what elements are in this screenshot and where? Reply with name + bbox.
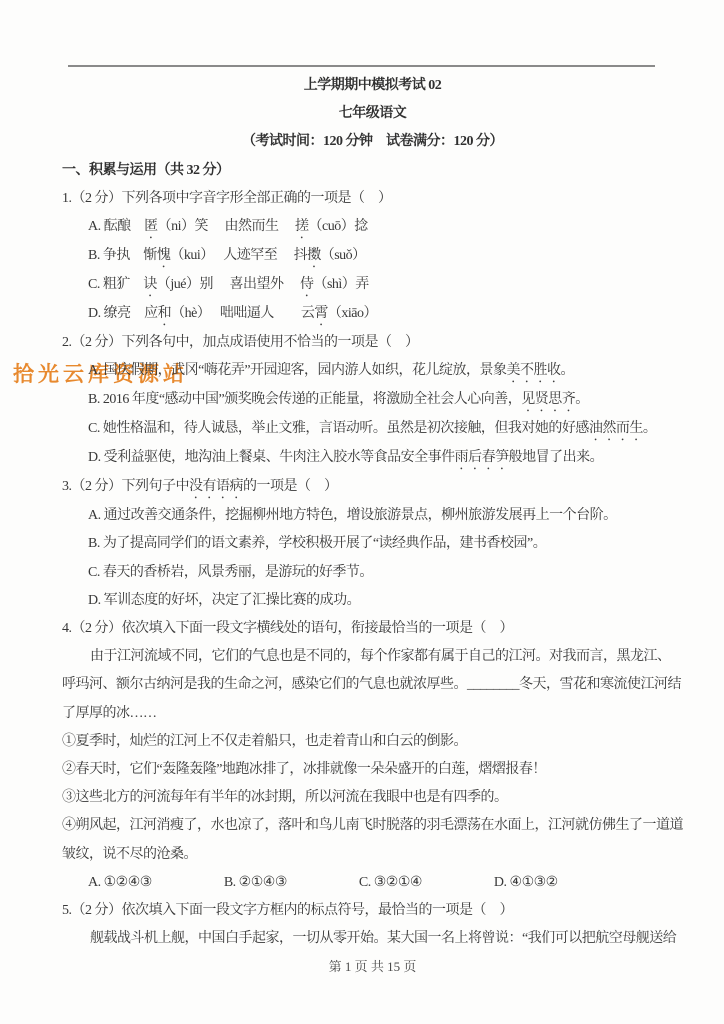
question-4-item-4: ④朔风起，江河消瘦了，水也凉了，落叶和鸟儿南飞时脱落的羽毛漂荡在水面上，江河就仿… — [62, 812, 683, 868]
question-5-stem: 5.（2 分）依次填入下面一段文字方框内的标点符号，最恰当的一项是（ ） — [62, 897, 683, 925]
question-4-stem: 4.（2 分）依次填入下面一段文字横线处的语句，衔接最恰当的一项是（ ） — [62, 615, 683, 643]
question-2-option-c: C. 她性格温和，待人诚恳，举止文雅，言语动听。虽然是初次接触，但我对她的好感油… — [62, 415, 683, 444]
question-3-option-b: B. 为了提高同学们的语文素养，学校积极开展了“读经典作品，建书香校园”。 — [62, 530, 683, 558]
question-1-stem: 1.（2 分）下列各项中字音字形全部正确的一项是（ ） — [62, 185, 683, 213]
exam-meta: （考试时间：120 分钟 试卷满分：120 分） — [62, 128, 683, 156]
question-4-answer-d: D. ④①③② — [494, 869, 558, 897]
question-1-option-d: D. 缭亮 应和（hè） 咄咄逼人 云霄（xiāo） — [62, 300, 683, 329]
question-3-option-a: A. 通过改善交通条件，挖掘柳州地方特色，增设旅游景点，柳州旅游发展再上一个台阶… — [62, 502, 683, 530]
question-4-answer-c: C. ③②①④ — [359, 869, 422, 897]
header-divider — [68, 65, 655, 67]
question-1-option-a: A. 酝酿 匿（ni）笑 由然而生 搓（cuō）捻 — [62, 213, 683, 242]
question-1-option-c: C. 粗犷 诀（jué）别 喜出望外 侍（shì）弄 — [62, 271, 683, 300]
question-4-item-1: ①夏季时，灿烂的江河上不仅走着船只，也走着青山和白云的倒影。 — [62, 728, 683, 756]
question-4-answer-options: A. ①②④③ B. ②①④③ C. ③②①④ D. ④①③② — [62, 869, 683, 897]
question-4-item-3: ③这些北方的河流每年有半年的冰封期，所以河流在我眼中也是有四季的。 — [62, 784, 683, 812]
question-4-answer-b: B. ②①④③ — [224, 869, 287, 897]
page-title: 上学期期中模拟考试 02 — [62, 72, 683, 100]
question-2-option-b: B. 2016 年度“感动中国”颁奖晚会传递的正能量，将激励全社会人心向善，见贤… — [62, 386, 683, 415]
question-3-option-c: C. 春天的香桥岩，风景秀丽，是游玩的好季节。 — [62, 559, 683, 587]
subject-title: 七年级语文 — [62, 100, 683, 128]
question-3-stem: 3.（2 分）下列句子中没有语病的一项是（ ） — [62, 473, 683, 502]
question-1-option-b: B. 争执 惭愧（kui） 人迹罕至 抖擞（suǒ） — [62, 242, 683, 271]
section-heading: 一、积累与运用（共 32 分） — [62, 157, 683, 185]
question-3-option-d: D. 军训态度的好坏，决定了汇操比赛的成功。 — [62, 587, 683, 615]
footer-page-number: 第 1 页 共 15 页 — [62, 953, 683, 981]
question-2-option-d: D. 受利益驱使，地沟油上餐桌、牛肉注入胶水等食品安全事件雨后春笋般地冒了出来。 — [62, 444, 683, 473]
document-content: 上学期期中模拟考试 02 七年级语文 （考试时间：120 分钟 试卷满分：120… — [62, 72, 683, 982]
question-4-item-2: ②春天时，它们“轰隆轰隆”地跑冰排了，冰排就像一朵朵盛开的白莲，熠熠报春！ — [62, 756, 683, 784]
question-4-passage: 由于江河流域不同，它们的气息也是不同的，每个作家都有属于自己的江河。对我而言，黑… — [62, 643, 683, 728]
exam-paper-page: 拾光云库资源站 上学期期中模拟考试 02 七年级语文 （考试时间：120 分钟 … — [0, 0, 724, 1024]
question-4-answer-a: A. ①②④③ — [88, 869, 152, 897]
question-2-option-a: A. 国庆假期，武冈“嗨花弄”开园迎客，园内游人如织，花儿绽放，景象美不胜收。 — [62, 357, 683, 386]
question-2-stem: 2.（2 分）下列各句中，加点成语使用不恰当的一项是（ ） — [62, 329, 683, 357]
question-5-passage: 舰载战斗机上舰，中国白手起家，一切从零开始。某大国一名上将曾说：“我们可以把航空… — [62, 925, 683, 953]
